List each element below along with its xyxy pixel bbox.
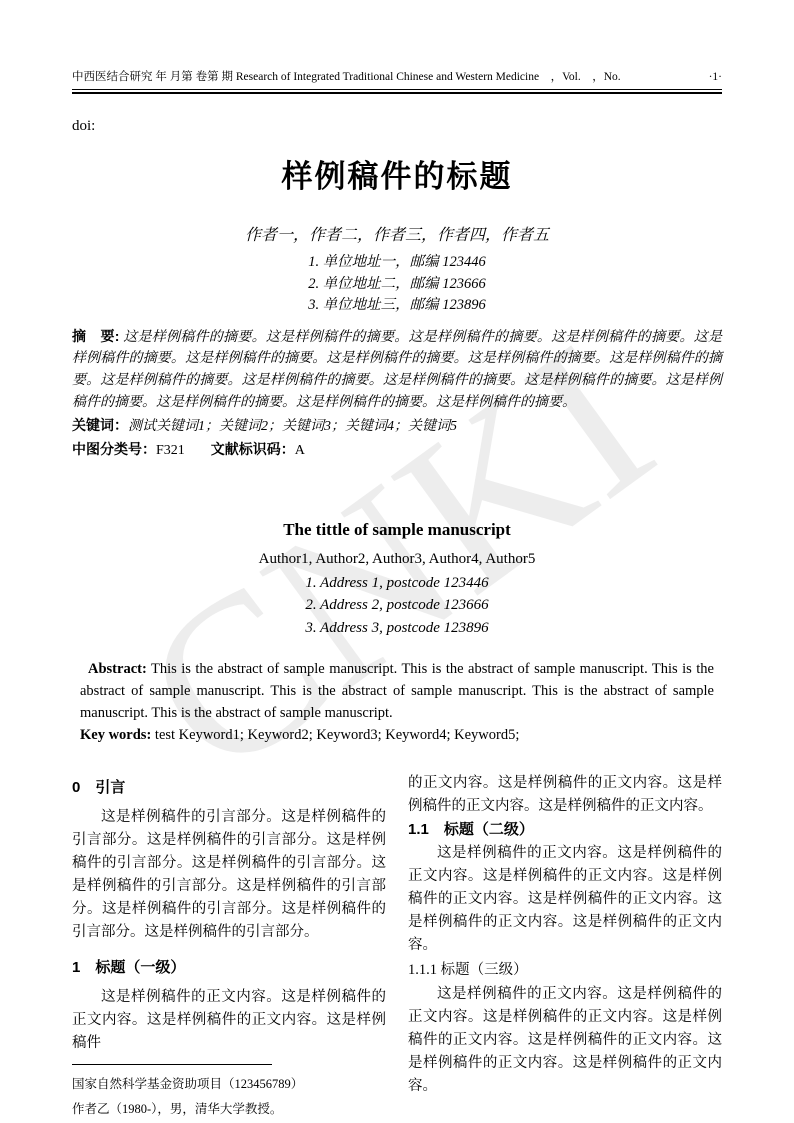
body-column-right: 的正文内容。这是样例稿件的正文内容。这是样例稿件的正文内容。这是样例稿件的正文内… [408,772,722,1122]
body-column-left: 0 引言 这是样例稿件的引言部分。这是样例稿件的引言部分。这是样例稿件的引言部分… [72,772,386,1122]
section1-paragraph-part2: 的正文内容。这是样例稿件的正文内容。这是样例稿件的正文内容。这是样例稿件的正文内… [408,772,722,818]
authors-en: Author1, Author2, Author3, Author4, Auth… [72,551,722,568]
affiliation-cn-3: 3. 单位地址三，邮编 123896 [72,295,722,317]
intro-paragraph: 这是样例稿件的引言部分。这是样例稿件的引言部分。这是样例稿件的引言部分。这是样例… [72,806,386,944]
section-heading-1: 1 标题（一级） [72,958,386,978]
affiliation-en-2: 2. Address 2, postcode 123666 [72,594,722,617]
keywords-en-label: Key words: [80,727,151,743]
authors-cn: 作者一，作者二，作者三，作者四，作者五 [72,222,722,245]
journal-header-text: 中西医结合研究 年 月第 卷第 期 Research of Integrated… [72,70,621,84]
affiliation-cn-2: 2. 单位地址二，邮编 123666 [72,274,722,296]
abstract-cn-text: 这是样例稿件的摘要。这是样例稿件的摘要。这是样例稿件的摘要。这是样例稿件的摘要。… [72,330,722,410]
section-heading-1-1-1: 1.1.1 标题（三级） [408,959,722,981]
footnote-funding: 国家自然科学基金资助项目（123456789） [72,1072,384,1097]
doc-code-value: A [295,443,305,458]
footnote-author-bio: 作者乙（1980-），男，清华大学教授。 [72,1097,384,1122]
abstract-en: Abstract: This is the abstract of sample… [72,659,722,724]
footnote: 国家自然科学基金资助项目（123456789） 作者乙（1980-），男，清华大… [72,1064,384,1122]
clc-value: F321 [156,443,185,458]
section111-paragraph: 这是样例稿件的正文内容。这是样例稿件的正文内容。这是样例稿件的正文内容。这是样例… [408,983,722,1098]
abstract-en-text: This is the abstract of sample manuscrip… [80,661,714,721]
section11-paragraph: 这是样例稿件的正文内容。这是样例稿件的正文内容。这是样例稿件的正文内容。这是样例… [408,842,722,957]
section-heading-1-1: 1.1 标题（二级） [408,820,722,840]
document-page: CNKI 中西医结合研究 年 月第 卷第 期 Research of Integ… [0,0,794,1123]
abstract-cn: 摘 要: 这是样例稿件的摘要。这是样例稿件的摘要。这是样例稿件的摘要。这是样例稿… [72,326,722,414]
keywords-cn-label: 关键词： [72,417,128,433]
doi-line: doi: [72,118,722,135]
article-title-en: The tittle of sample manuscript [72,520,722,540]
keywords-cn-text: 测试关键词1；关键词2；关键词3；关键词4；关键词5 [128,419,457,434]
affiliation-en-3: 3. Address 3, postcode 123896 [72,617,722,640]
keywords-en-text: test Keyword1; Keyword2; Keyword3; Keywo… [151,727,519,743]
keywords-en: Key words: test Keyword1; Keyword2; Keyw… [72,725,722,747]
page-content: 中西医结合研究 年 月第 卷第 期 Research of Integrated… [0,0,794,1122]
footnote-rule [72,1064,272,1065]
doc-code-label: 文献标识码： [211,441,295,457]
abstract-en-label: Abstract: [88,661,147,677]
section1-paragraph-part1: 这是样例稿件的正文内容。这是样例稿件的正文内容。这是样例稿件的正文内容。这是样例… [72,986,386,1055]
affiliation-cn-1: 1. 单位地址一，邮编 123446 [72,252,722,274]
affiliation-en-1: 1. Address 1, postcode 123446 [72,572,722,595]
body-columns: 0 引言 这是样例稿件的引言部分。这是样例稿件的引言部分。这是样例稿件的引言部分… [72,772,722,1122]
clc-label: 中图分类号： [72,441,156,457]
running-header: 中西医结合研究 年 月第 卷第 期 Research of Integrated… [72,70,722,89]
article-title-cn: 样例稿件的标题 [72,151,722,196]
abstract-cn-label: 摘 要: [72,328,119,344]
english-front-matter: The tittle of sample manuscript Author1,… [72,520,722,640]
header-rule [72,89,722,94]
keywords-cn: 关键词：测试关键词1；关键词2；关键词3；关键词4；关键词5 [72,414,722,438]
clc-line: 中图分类号：F321文献标识码：A [72,438,722,462]
section-heading-0: 0 引言 [72,778,386,798]
page-number: ·1· [709,70,722,84]
